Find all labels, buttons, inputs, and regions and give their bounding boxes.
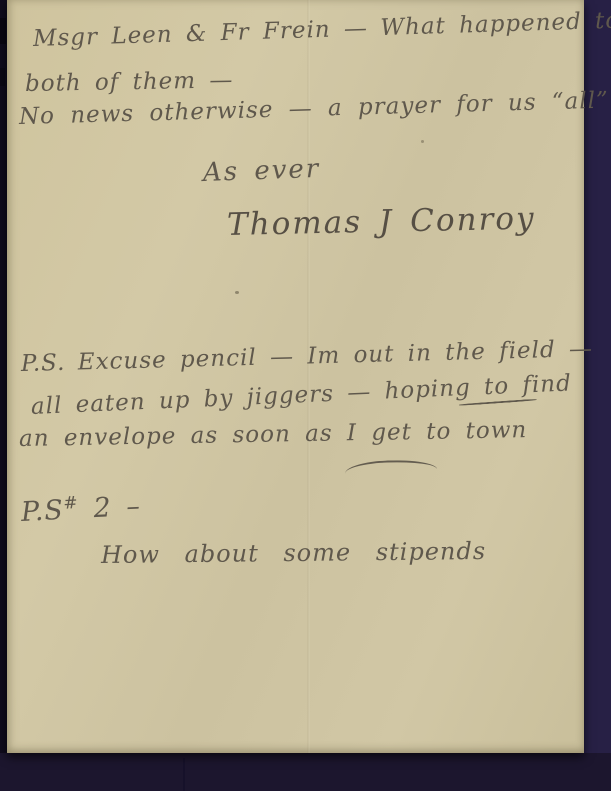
letter-closing: As ever bbox=[202, 154, 320, 188]
postscript1-line: all eaten up by jiggers — hoping to find bbox=[30, 370, 572, 420]
postscript2-label-superscript: # bbox=[63, 493, 79, 514]
backing-board-lower bbox=[0, 753, 611, 791]
backing-board-seam bbox=[183, 758, 185, 791]
age-spot bbox=[235, 291, 239, 294]
signature: Thomas J Conroy bbox=[227, 201, 536, 243]
scan-edge-left bbox=[0, 0, 7, 753]
letter-body-line: Msgr Leen & Fr Frein — What happened to bbox=[33, 8, 611, 52]
postscript2-label-main: P.S bbox=[20, 495, 64, 528]
postscript2-line: How about some stipends bbox=[101, 537, 486, 569]
postscript2-label: P.S# 2 – bbox=[20, 490, 141, 528]
postscript2-label-rest: 2 – bbox=[78, 491, 141, 525]
letter-page: Msgr Leen & Fr Frein — What happened to … bbox=[7, 0, 584, 753]
underline-flourish bbox=[345, 459, 437, 477]
postscript1-line: an envelope as soon as I get to town bbox=[19, 417, 528, 452]
letter-body-line: both of them — bbox=[25, 67, 234, 97]
scan-artifact bbox=[0, 68, 5, 86]
age-spot bbox=[421, 140, 424, 143]
scanned-letter-background: Msgr Leen & Fr Frein — What happened to … bbox=[0, 0, 611, 791]
scan-artifact bbox=[0, 18, 6, 44]
